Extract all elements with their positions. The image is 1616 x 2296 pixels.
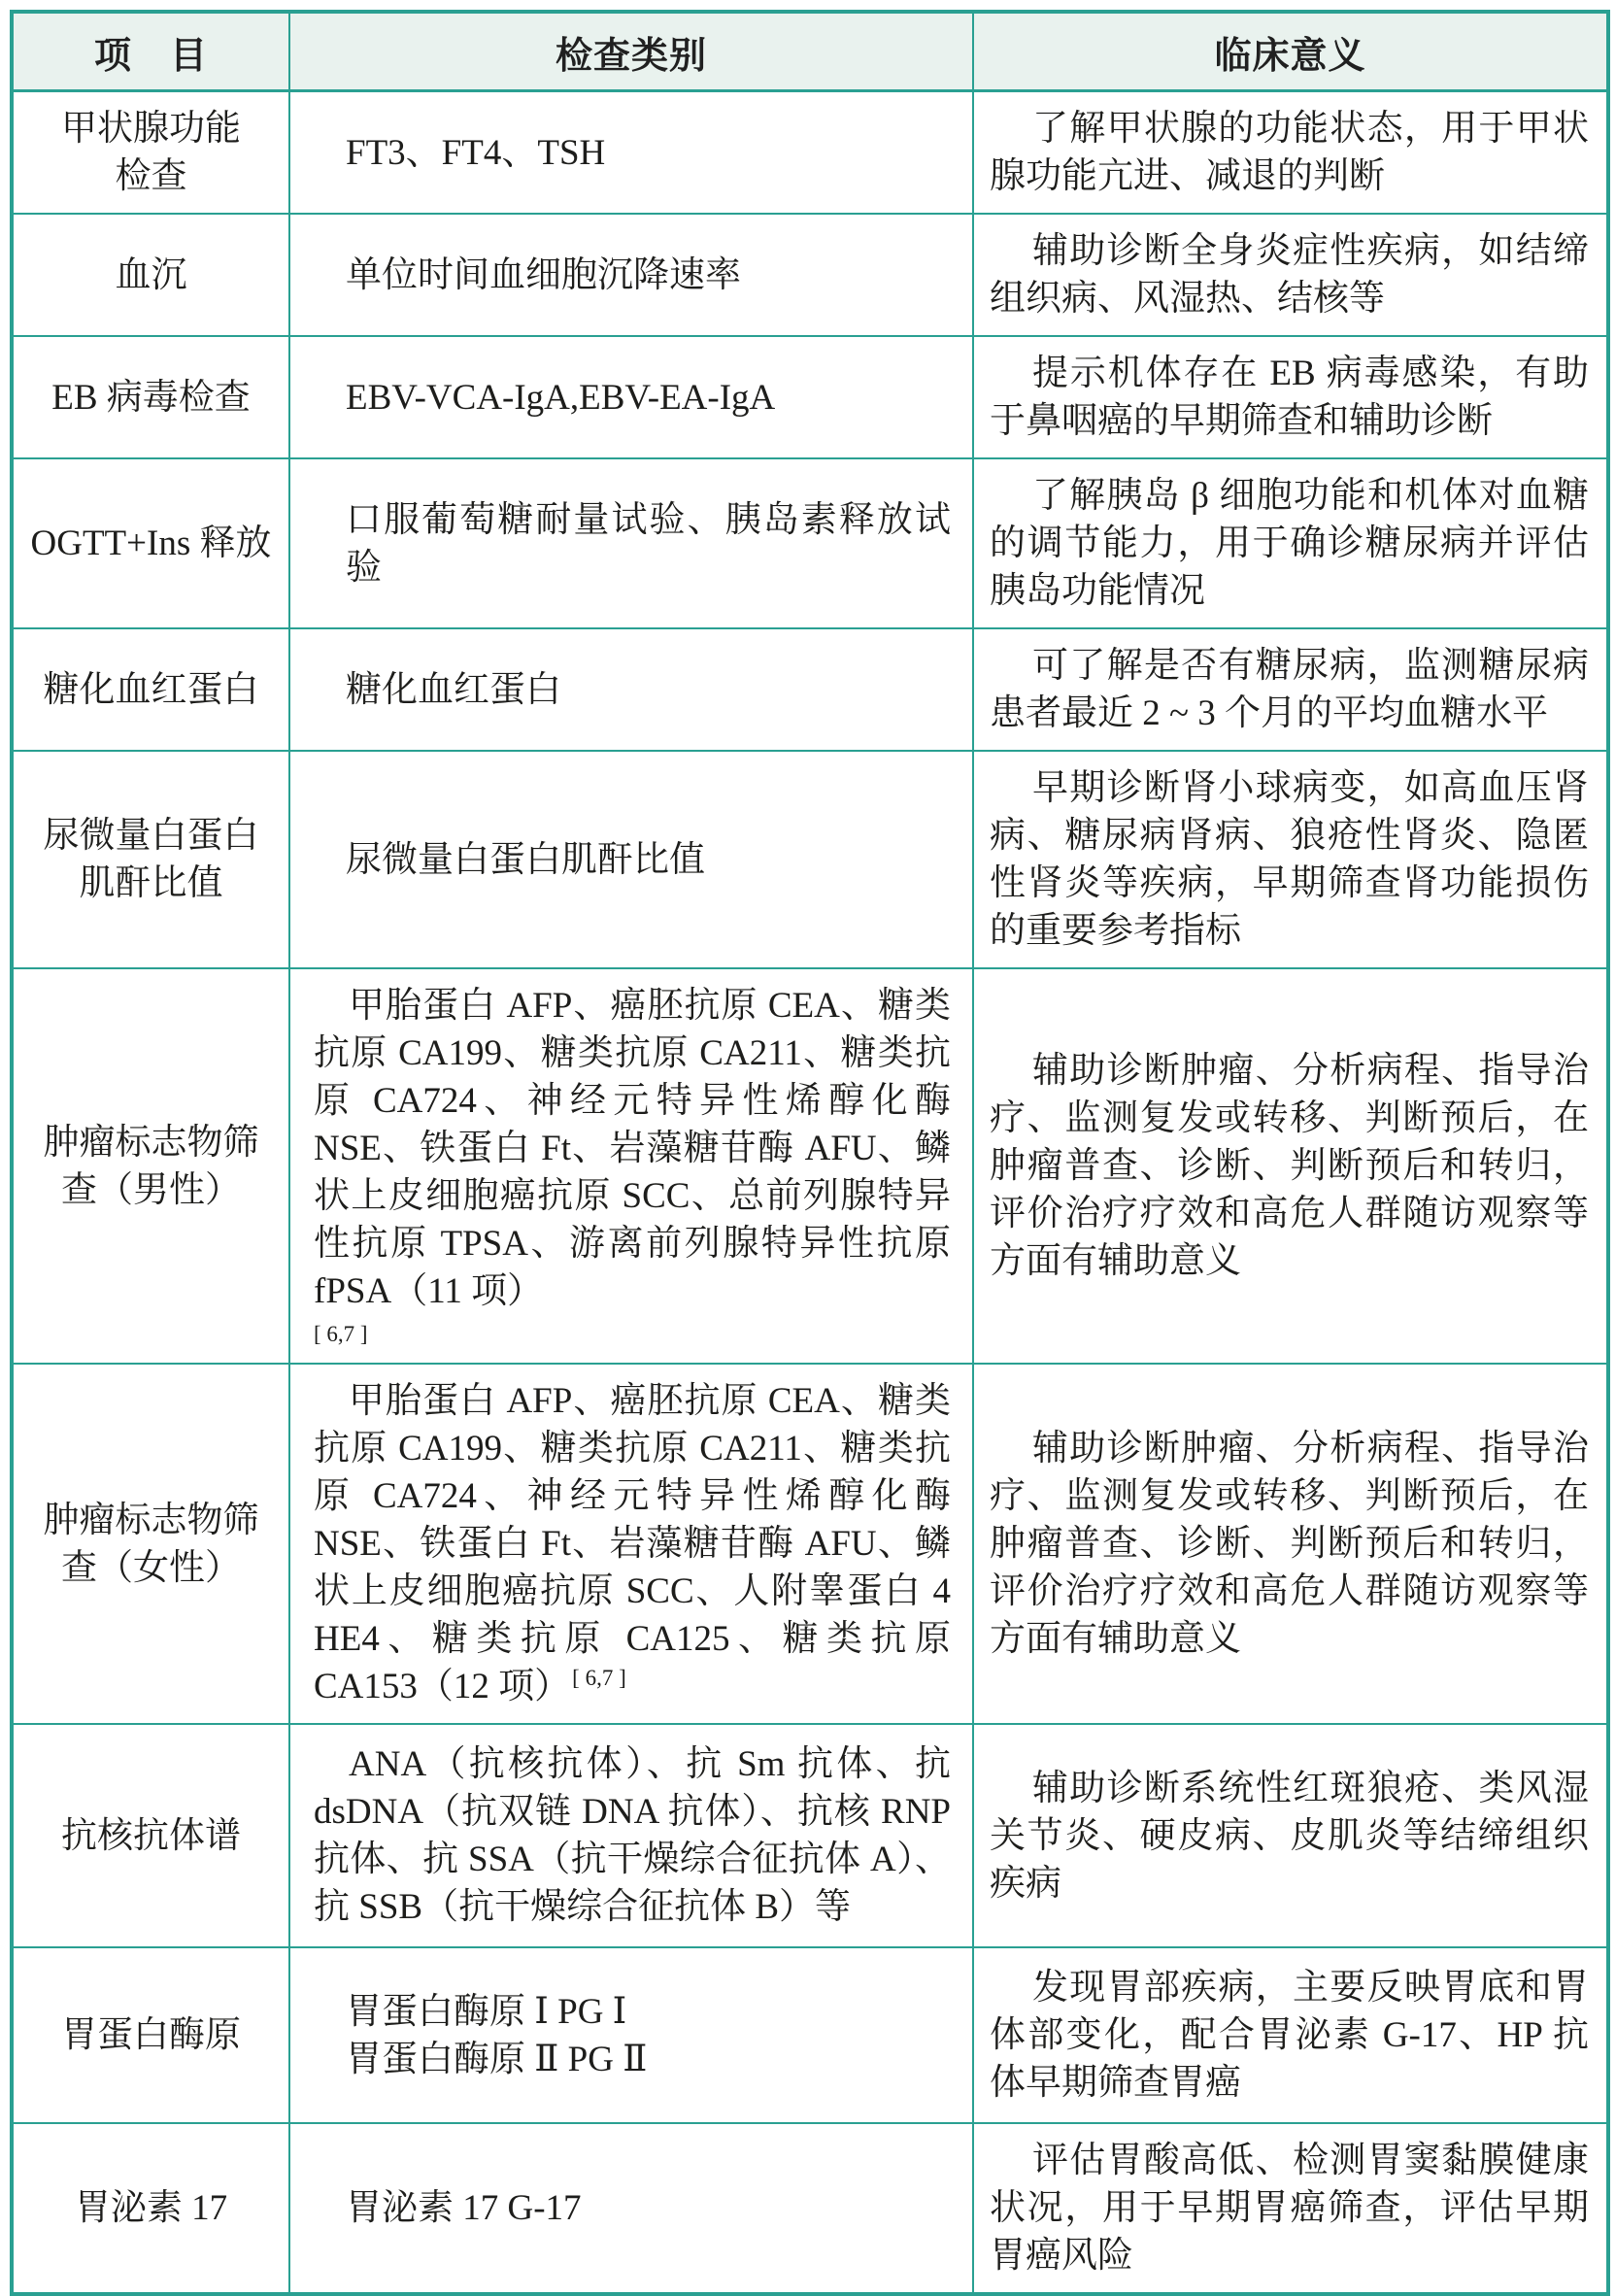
cell-item: 胃蛋白酶原 xyxy=(12,1947,289,2123)
cell-item: 抗核抗体谱 xyxy=(12,1724,289,1947)
header-category: 检查类别 xyxy=(289,12,973,91)
cell-significance: 了解胰岛 β 细胞功能和机体对血糖的调节能力，用于确诊糖尿病并评估胰岛功能情况 xyxy=(973,458,1608,628)
table-row: 肿瘤标志物筛 查（女性） 甲胎蛋白 AFP、癌胚抗原 CEA、糖类抗原 CA19… xyxy=(12,1364,1608,1724)
table-header-row: 项 目 检查类别 临床意义 xyxy=(12,12,1608,91)
cell-item: 血沉 xyxy=(12,214,289,336)
cell-item: 胃泌素 17 xyxy=(12,2123,289,2294)
category-text: 胃泌素 17 G-17 xyxy=(314,2184,951,2232)
table-row: 胃蛋白酶原 胃蛋白酶原 Ⅰ PG Ⅰ 胃蛋白酶原 Ⅱ PG Ⅱ 发现胃部疾病，主… xyxy=(12,1947,1608,2123)
cell-category: 胃蛋白酶原 Ⅰ PG Ⅰ 胃蛋白酶原 Ⅱ PG Ⅱ xyxy=(289,1947,973,2123)
cell-item: 肿瘤标志物筛 查（女性） xyxy=(12,1364,289,1724)
category-text: FT3、FT4、TSH xyxy=(314,129,951,177)
significance-text: 早期诊断肾小球病变，如高血压肾病、糖尿病肾病、狼疮性肾炎、隐匿性肾炎等疾病，早期… xyxy=(990,764,1589,955)
table-row: 胃泌素 17 胃泌素 17 G-17 评估胃酸高低、检测胃窦黏膜健康状况，用于早… xyxy=(12,2123,1608,2294)
table-row: 抗核抗体谱 ANA（抗核抗体）、抗 Sm 抗体、抗 dsDNA（抗双链 DNA … xyxy=(12,1724,1608,1947)
cell-significance: 辅助诊断系统性红斑狼疮、类风湿关节炎、硬皮病、皮肌炎等结缔组织疾病 xyxy=(973,1724,1608,1947)
header-significance: 临床意义 xyxy=(973,12,1608,91)
significance-text: 辅助诊断系统性红斑狼疮、类风湿关节炎、硬皮病、皮肌炎等结缔组织疾病 xyxy=(990,1765,1589,1908)
cell-category: ANA（抗核抗体）、抗 Sm 抗体、抗 dsDNA（抗双链 DNA 抗体）、抗核… xyxy=(289,1724,973,1947)
significance-text: 评估胃酸高低、检测胃窦黏膜健康状况，用于早期胃癌筛查，评估早期胃癌风险 xyxy=(990,2137,1589,2279)
category-reference-superscript: [ 6,7 ] xyxy=(572,1666,626,1690)
category-text: 甲胎蛋白 AFP、癌胚抗原 CEA、糖类抗原 CA199、糖类抗原 CA211、… xyxy=(314,982,951,1315)
header-item: 项 目 xyxy=(12,12,289,91)
cell-significance: 辅助诊断全身炎症性疾病，如结缔组织病、风湿热、结核等 xyxy=(973,214,1608,336)
cell-significance: 发现胃部疾病，主要反映胃底和胃体部变化，配合胃泌素 G-17、HP 抗体早期筛查… xyxy=(973,1947,1608,2123)
cell-item: OGTT+Ins 释放 xyxy=(12,458,289,628)
category-text: 单位时间血细胞沉降速率 xyxy=(314,252,951,299)
table-row: 肿瘤标志物筛 查（男性） 甲胎蛋白 AFP、癌胚抗原 CEA、糖类抗原 CA19… xyxy=(12,968,1608,1364)
cell-category: FT3、FT4、TSH xyxy=(289,91,973,215)
cell-significance: 了解甲状腺的功能状态，用于甲状腺功能亢进、减退的判断 xyxy=(973,91,1608,215)
category-text: 甲胎蛋白 AFP、癌胚抗原 CEA、糖类抗原 CA199、糖类抗原 CA211、… xyxy=(314,1377,951,1710)
cell-item: EB 病毒检查 xyxy=(12,336,289,458)
category-reference-superscript: [ 6,7 ] xyxy=(314,1319,951,1350)
cell-category: 单位时间血细胞沉降速率 xyxy=(289,214,973,336)
cell-item: 糖化血红蛋白 xyxy=(12,628,289,751)
cell-item: 甲状腺功能 检查 xyxy=(12,91,289,215)
category-text: 糖化血红蛋白 xyxy=(314,666,951,714)
cell-category: 甲胎蛋白 AFP、癌胚抗原 CEA、糖类抗原 CA199、糖类抗原 CA211、… xyxy=(289,1364,973,1724)
table-row: 血沉 单位时间血细胞沉降速率 辅助诊断全身炎症性疾病，如结缔组织病、风湿热、结核… xyxy=(12,214,1608,336)
cell-category: EBV-VCA-IgA,EBV-EA-IgA xyxy=(289,336,973,458)
table-row: OGTT+Ins 释放 口服葡萄糖耐量试验、胰岛素释放试验 了解胰岛 β 细胞功… xyxy=(12,458,1608,628)
category-text: 胃蛋白酶原 Ⅰ PG Ⅰ 胃蛋白酶原 Ⅱ PG Ⅱ xyxy=(314,1988,951,2083)
table-row: 甲状腺功能 检查 FT3、FT4、TSH 了解甲状腺的功能状态，用于甲状腺功能亢… xyxy=(12,91,1608,215)
cell-significance: 评估胃酸高低、检测胃窦黏膜健康状况，用于早期胃癌筛查，评估早期胃癌风险 xyxy=(973,2123,1608,2294)
cell-category: 糖化血红蛋白 xyxy=(289,628,973,751)
exam-items-table: 项 目 检查类别 临床意义 甲状腺功能 检查 FT3、FT4、TSH 了解甲状腺… xyxy=(10,10,1610,2296)
cell-significance: 早期诊断肾小球病变，如高血压肾病、糖尿病肾病、狼疮性肾炎、隐匿性肾炎等疾病，早期… xyxy=(973,751,1608,968)
significance-text: 了解甲状腺的功能状态，用于甲状腺功能亢进、减退的判断 xyxy=(990,105,1589,200)
category-text: 口服葡萄糖耐量试验、胰岛素释放试验 xyxy=(314,496,951,591)
significance-text: 辅助诊断肿瘤、分析病程、指导治疗、监测复发或转移、判断预后，在肿瘤普查、诊断、判… xyxy=(990,1425,1589,1663)
significance-text: 发现胃部疾病，主要反映胃底和胃体部变化，配合胃泌素 G-17、HP 抗体早期筛查… xyxy=(990,1964,1589,2107)
cell-category: 甲胎蛋白 AFP、癌胚抗原 CEA、糖类抗原 CA199、糖类抗原 CA211、… xyxy=(289,968,973,1364)
cell-item: 肿瘤标志物筛 查（男性） xyxy=(12,968,289,1364)
table-row: 尿微量白蛋白 肌酐比值 尿微量白蛋白肌酐比值 早期诊断肾小球病变，如高血压肾病、… xyxy=(12,751,1608,968)
significance-text: 辅助诊断肿瘤、分析病程、指导治疗、监测复发或转移、判断预后，在肿瘤普查、诊断、判… xyxy=(990,1047,1589,1285)
category-text: 尿微量白蛋白肌酐比值 xyxy=(314,836,951,884)
table-row: 糖化血红蛋白 糖化血红蛋白 可了解是否有糖尿病，监测糖尿病患者最近 2 ~ 3 … xyxy=(12,628,1608,751)
cell-category: 胃泌素 17 G-17 xyxy=(289,2123,973,2294)
category-text: ANA（抗核抗体）、抗 Sm 抗体、抗 dsDNA（抗双链 DNA 抗体）、抗核… xyxy=(314,1740,951,1931)
significance-text: 提示机体存在 EB 病毒感染，有助于鼻咽癌的早期筛查和辅助诊断 xyxy=(990,350,1589,445)
cell-significance: 可了解是否有糖尿病，监测糖尿病患者最近 2 ~ 3 个月的平均血糖水平 xyxy=(973,628,1608,751)
cell-item: 尿微量白蛋白 肌酐比值 xyxy=(12,751,289,968)
significance-text: 辅助诊断全身炎症性疾病，如结缔组织病、风湿热、结核等 xyxy=(990,227,1589,322)
cell-category: 口服葡萄糖耐量试验、胰岛素释放试验 xyxy=(289,458,973,628)
significance-text: 了解胰岛 β 细胞功能和机体对血糖的调节能力，用于确诊糖尿病并评估胰岛功能情况 xyxy=(990,472,1589,615)
cell-significance: 辅助诊断肿瘤、分析病程、指导治疗、监测复发或转移、判断预后，在肿瘤普查、诊断、判… xyxy=(973,968,1608,1364)
category-text: EBV-VCA-IgA,EBV-EA-IgA xyxy=(314,374,951,422)
cell-significance: 辅助诊断肿瘤、分析病程、指导治疗、监测复发或转移、判断预后，在肿瘤普查、诊断、判… xyxy=(973,1364,1608,1724)
cell-significance: 提示机体存在 EB 病毒感染，有助于鼻咽癌的早期筛查和辅助诊断 xyxy=(973,336,1608,458)
cell-category: 尿微量白蛋白肌酐比值 xyxy=(289,751,973,968)
table-row: EB 病毒检查 EBV-VCA-IgA,EBV-EA-IgA 提示机体存在 EB… xyxy=(12,336,1608,458)
significance-text: 可了解是否有糖尿病，监测糖尿病患者最近 2 ~ 3 个月的平均血糖水平 xyxy=(990,642,1589,737)
